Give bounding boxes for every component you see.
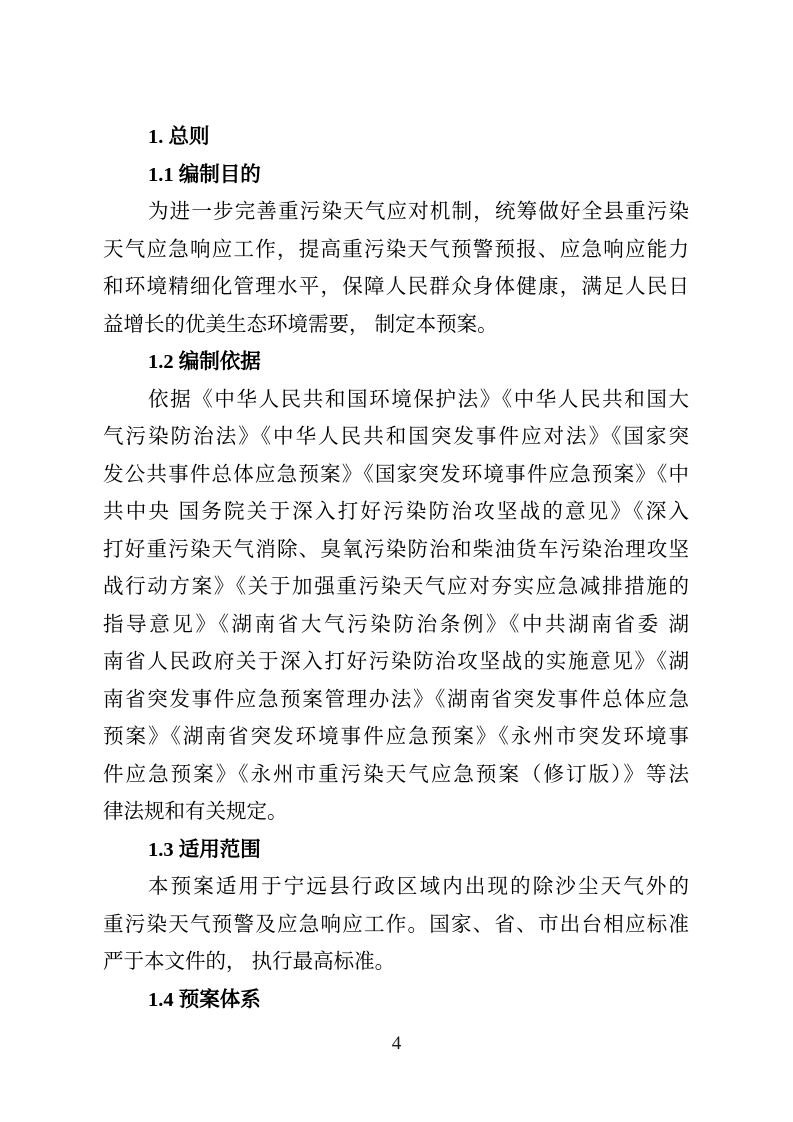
paragraph-line: 南省突发事件应急预案管理办法》《湖南省突发事件总体应急 (103, 682, 689, 720)
paragraph-line: 律法规和有关规定。 (103, 794, 689, 832)
paragraph-line: 天气应急响应工作，提高重污染天气预警预报、应急响应能力 (103, 232, 689, 270)
section-heading: 1. 总则 (103, 119, 689, 157)
paragraph-line: 指导意见》《湖南省大气污染防治条例》《中共湖南省委 湖 (103, 607, 689, 645)
section-heading: 1.2 编制依据 (103, 344, 689, 382)
section-heading: 1.4 预案体系 (103, 982, 689, 1020)
document-content: 1. 总则1.1 编制目的为进一步完善重污染天气应对机制，统筹做好全县重污染天气… (103, 119, 689, 1019)
paragraph-line: 重污染天气预警及应急响应工作。国家、省、市出台相应标准 (103, 907, 689, 945)
section-heading: 1.1 编制目的 (103, 157, 689, 195)
page-number: 4 (0, 1033, 793, 1055)
paragraph-line: 严于本文件的， 执行最高标准。 (103, 944, 689, 982)
paragraph-line: 战行动方案》《关于加强重污染天气应对夯实应急减排措施的 (103, 569, 689, 607)
paragraph-line: 打好重污染天气消除、臭氧污染防治和柴油货车污染治理攻坚 (103, 532, 689, 570)
paragraph-line: 本预案适用于宁远县行政区域内出现的除沙尘天气外的 (103, 869, 689, 907)
paragraph-line: 和环境精细化管理水平，保障人民群众身体健康，满足人民日 (103, 269, 689, 307)
paragraph-line: 预案》《湖南省突发环境事件应急预案》《永州市突发环境事 (103, 719, 689, 757)
paragraph-line: 依据《中华人民共和国环境保护法》《中华人民共和国大 (103, 382, 689, 420)
paragraph-line: 南省人民政府关于深入打好污染防治攻坚战的实施意见》《湖 (103, 644, 689, 682)
paragraph-line: 为进一步完善重污染天气应对机制，统筹做好全县重污染 (103, 194, 689, 232)
paragraph-line: 件应急预案》《永州市重污染天气应急预案（修订版）》等法 (103, 757, 689, 795)
paragraph-line: 发公共事件总体应急预案》《国家突发环境事件应急预案》《中 (103, 457, 689, 495)
document-page: 1. 总则1.1 编制目的为进一步完善重污染天气应对机制，统筹做好全县重污染天气… (0, 0, 793, 1122)
paragraph-line: 气污染防治法》《中华人民共和国突发事件应对法》《国家突 (103, 419, 689, 457)
paragraph-line: 共中央 国务院关于深入打好污染防治攻坚战的意见》《深入 (103, 494, 689, 532)
paragraph-line: 益增长的优美生态环境需要， 制定本预案。 (103, 307, 689, 345)
section-heading: 1.3 适用范围 (103, 832, 689, 870)
